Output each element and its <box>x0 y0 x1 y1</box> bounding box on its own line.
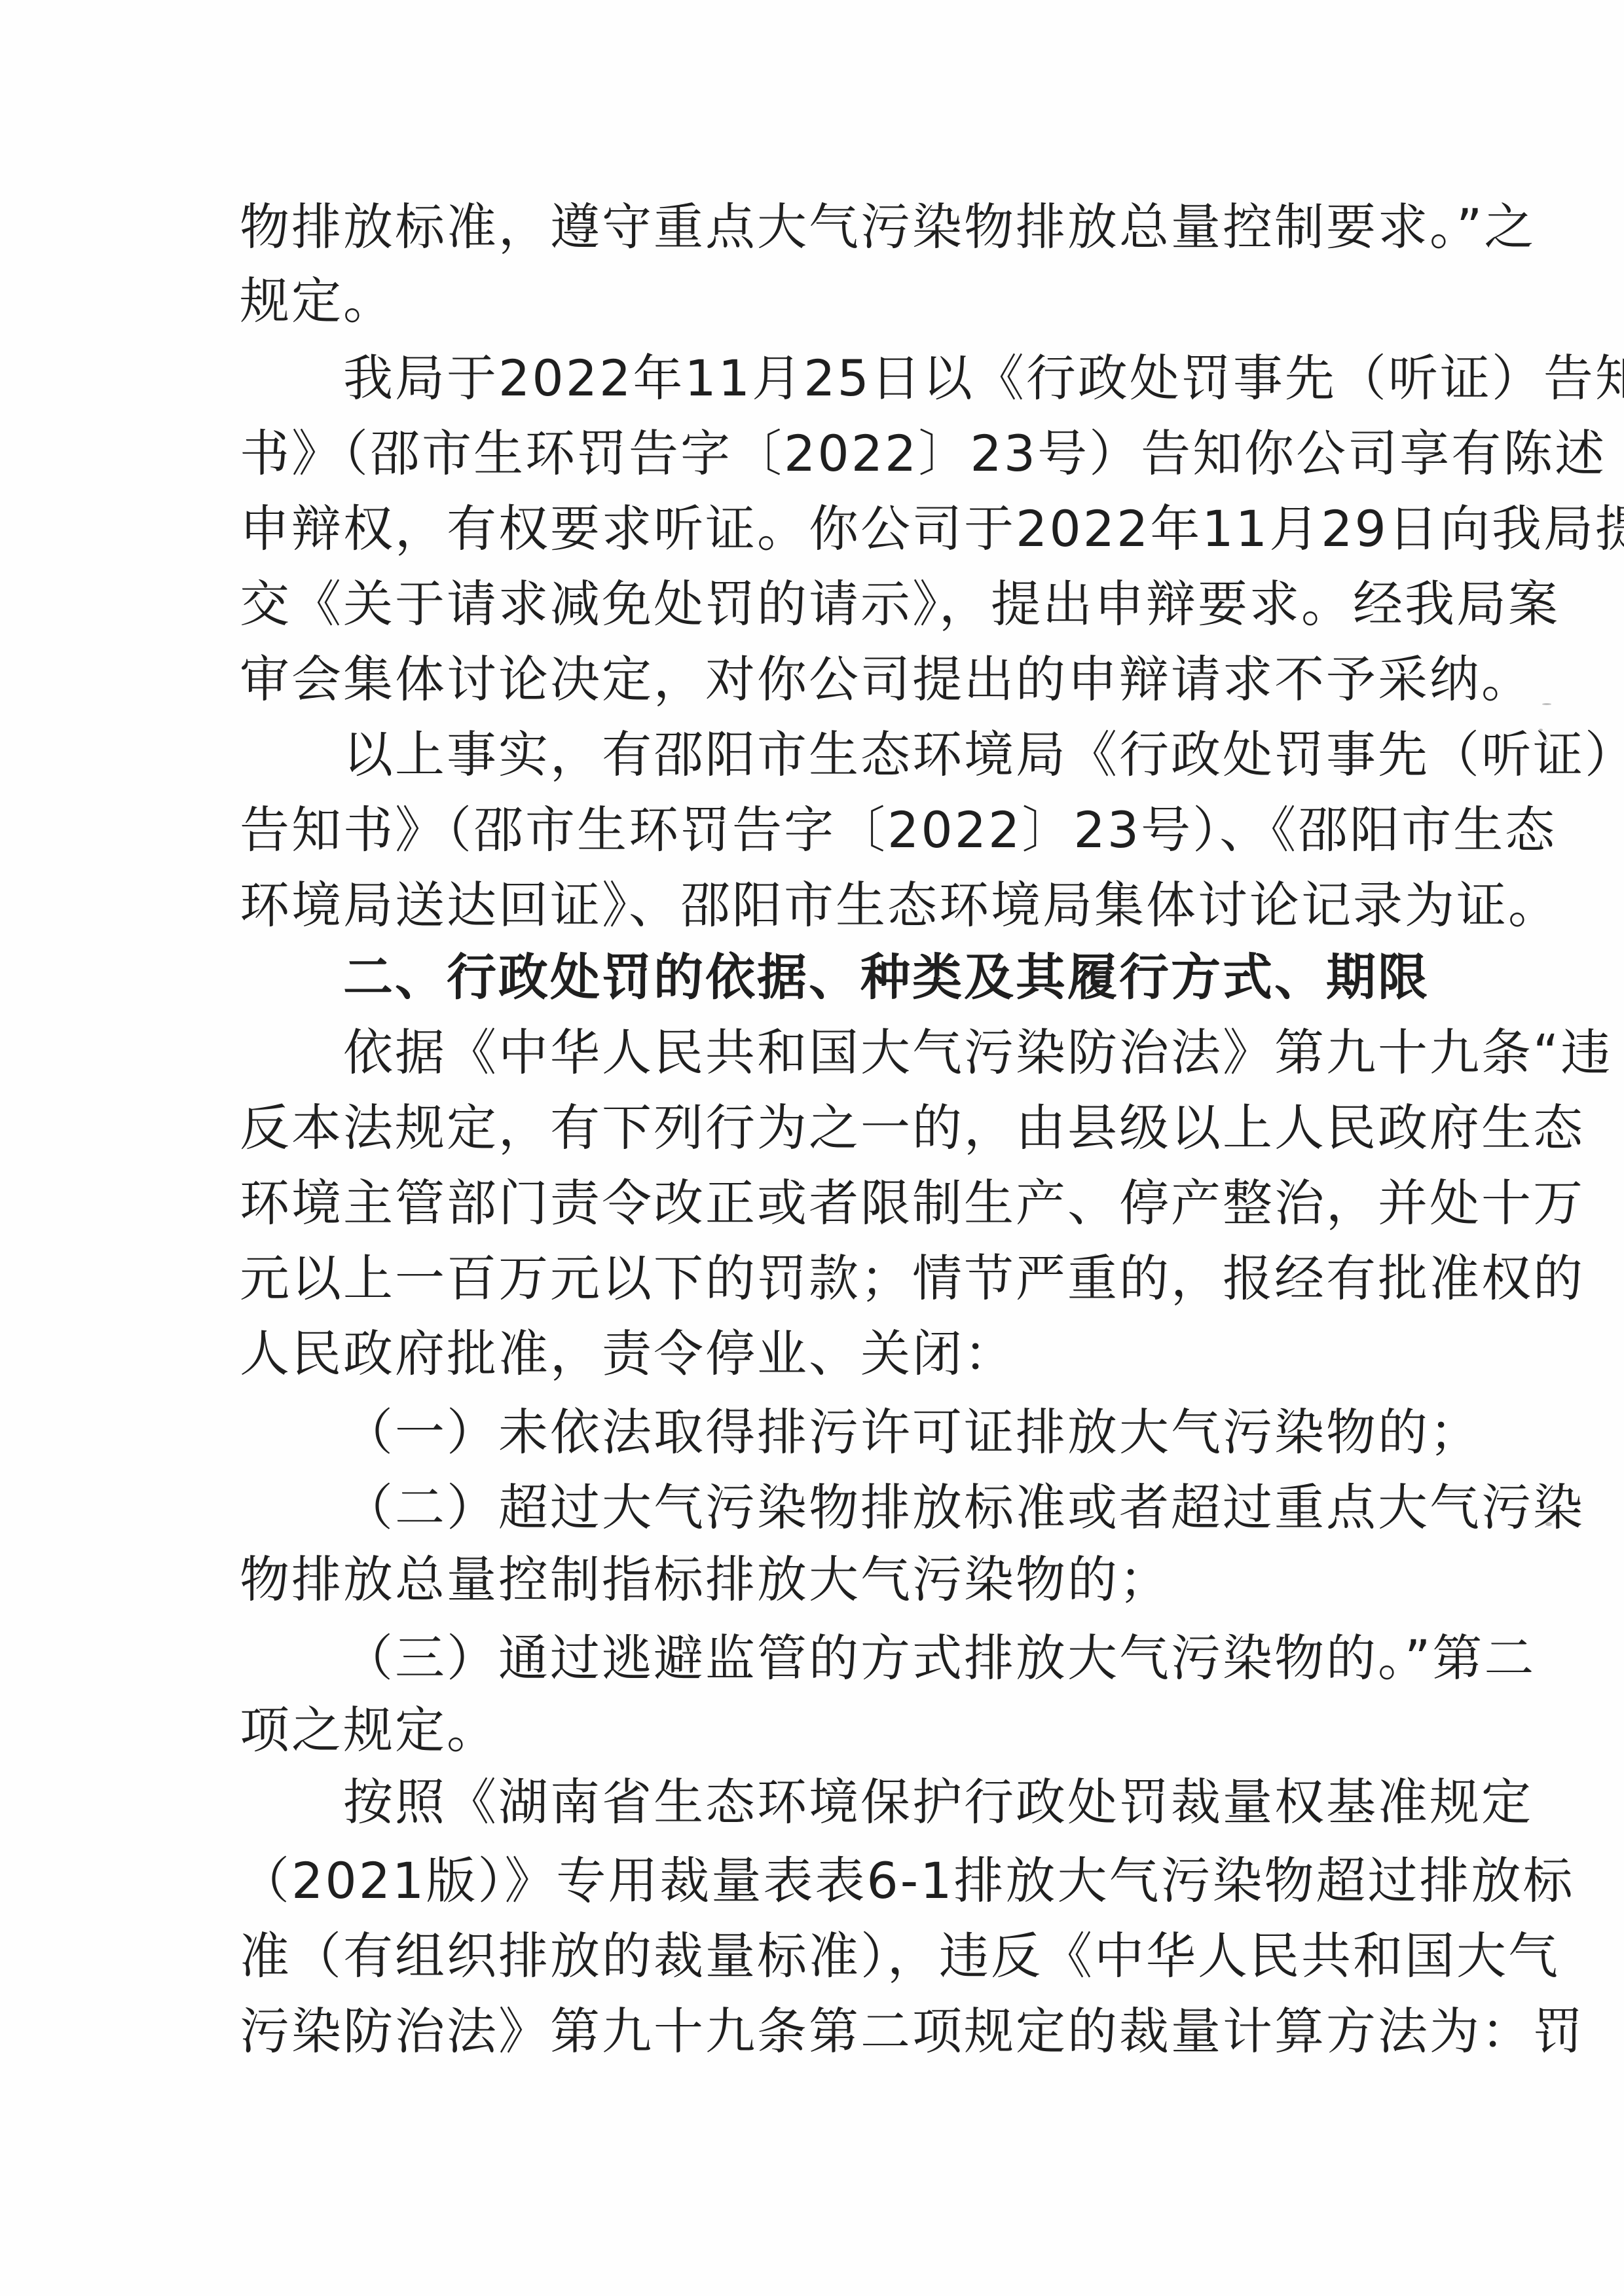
scan-speck <box>1542 703 1551 705</box>
list-item: （一）未依法取得排污许可证排放大气污染物的； <box>343 1400 1386 1465</box>
scan-speck <box>1545 1522 1552 1526</box>
text-line: 项之规定。 <box>240 1698 1386 1763</box>
text-line: 环境主管部门责令改正或者限制生产、停产整治，并处十万 <box>240 1171 1386 1236</box>
text-line: 污染防治法》第九十九条第二项规定的裁量计算方法为：罚 <box>240 1999 1386 2064</box>
text-line: 以上事实，有邵阳市生态环境局《行政处罚事先（听证） <box>343 722 1386 788</box>
text-line: 人民政府批准，责令停业、关闭： <box>240 1321 1386 1387</box>
text-line: 物排放标准，遵守重点大气污染物排放总量控制要求。”之 <box>240 194 1386 260</box>
text-line: 书》（邵市生环罚告字〔2022〕23号）告知你公司享有陈述 <box>240 421 1386 486</box>
document-page: 物排放标准，遵守重点大气污染物排放总量控制要求。”之 规定。 我局于2022年1… <box>0 0 1624 2296</box>
text-line: 按照《湖南省生态环境保护行政处罚裁量权基准规定 <box>343 1770 1386 1835</box>
list-item: （三）通过逃避监管的方式排放大气污染物的。”第二 <box>343 1626 1386 1691</box>
text-line: 审会集体讨论决定，对你公司提出的申辩请求不予采纳。 <box>240 647 1386 712</box>
text-line: 告知书》（邵市生环罚告字〔2022〕23号）、《邵阳市生态 <box>240 797 1386 863</box>
text-line: 物排放总量控制指标排放大气污染物的； <box>240 1547 1386 1613</box>
text-line: 规定。 <box>240 268 1386 334</box>
scan-speck <box>1544 740 1547 742</box>
text-line: 环境局送达回证》、邵阳市生态环境局集体讨论记录为证。 <box>240 873 1386 938</box>
text-line: 申辩权，有权要求听证。你公司于2022年11月29日向我局提 <box>240 496 1386 562</box>
text-line: 反本法规定，有下列行为之一的，由县级以上人民政府生态 <box>240 1095 1386 1161</box>
list-item: （二）超过大气污染物排放标准或者超过重点大气污染 <box>343 1475 1386 1540</box>
text-line: 依据《中华人民共和国大气污染防治法》第九十九条“违 <box>343 1020 1386 1085</box>
text-line: 准（有组织排放的裁量标准），违反《中华人民共和国大气 <box>240 1923 1386 1989</box>
text-line: 交《关于请求减免处罚的请示》，提出申辩要求。经我局案 <box>240 572 1386 637</box>
text-line: 我局于2022年11月25日以《行政处罚事先（听证）告知 <box>343 346 1386 411</box>
text-line: 元以上一百万元以下的罚款；情节严重的，报经有批准权的 <box>240 1246 1386 1311</box>
scan-speck <box>1539 729 1543 731</box>
section-heading: 二、行政处罚的依据、种类及其履行方式、期限 <box>343 945 1386 1010</box>
text-line: （2021版）》专用裁量表表6-1排放大气污染物超过排放标 <box>240 1848 1386 1914</box>
